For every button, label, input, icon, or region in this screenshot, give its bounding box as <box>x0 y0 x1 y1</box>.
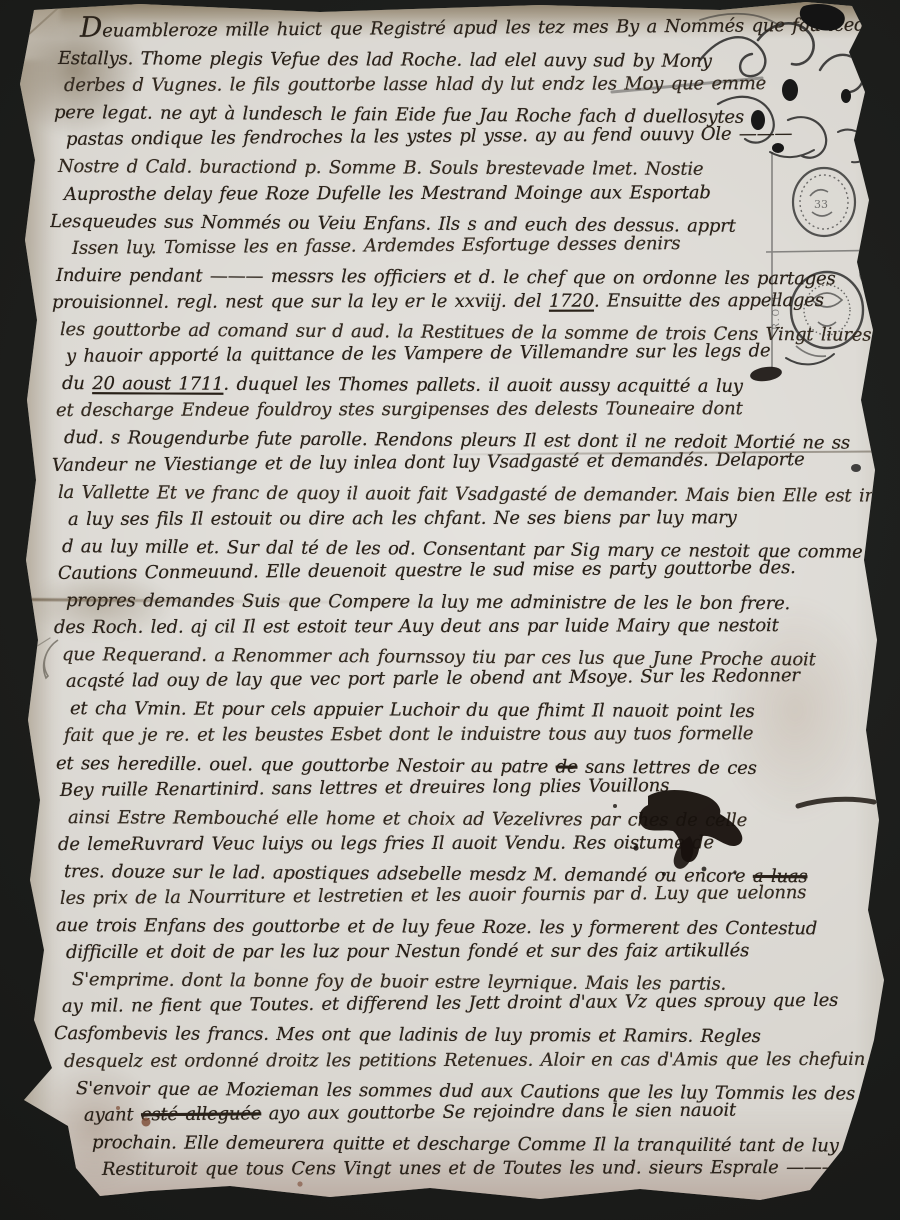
manuscript-line: ay mil. ne fient que Toutes. et differen… <box>50 987 872 1021</box>
manuscript-text-segment: derbes d Vugnes. le fils gouttorbe lasse… <box>64 73 766 96</box>
manuscript-text-segment: Estallys. Thome plegis Vefue des lad Roc… <box>58 48 712 72</box>
manuscript-text-segment: esté alleguée <box>141 1103 261 1125</box>
manuscript-text-segment: Issen luy. Tomisse les en fasse. Ardemde… <box>72 233 681 259</box>
manuscript-text-segment: de lemeRuvrard Veuc luiys ou legs fries … <box>58 832 714 855</box>
manuscript-line: a luy ses fils Il estouit ou dire ach le… <box>50 504 872 533</box>
manuscript-text-segment: ay mil. ne fient que Toutes. et differen… <box>62 990 838 1017</box>
handwritten-text: Deuambleroze mille huict que Registré ap… <box>50 14 872 1204</box>
manuscript-text-segment: du <box>62 373 92 394</box>
manuscript-text-segment: des Roch. led. aj cil Il est estoit teur… <box>54 615 779 638</box>
manuscript-line: Deuambleroze mille huict que Registré ap… <box>50 14 872 45</box>
manuscript-text-segment: y hauoir apporté la quittance de les Vam… <box>66 340 771 367</box>
age-stain-left-edge <box>6 60 52 1190</box>
manuscript-line: de lemeRuvrard Veuc luiys ou legs fries … <box>50 829 872 858</box>
manuscript-text-segment: ainsi Estre Rembouché elle home et choix… <box>68 807 747 831</box>
manuscript-line: Auprosthe delay feue Roze Dufelle les Me… <box>50 178 872 207</box>
manuscript-line: Cautions Conmeuund. Elle deuenoit questr… <box>50 553 872 587</box>
manuscript-text-segment: aue trois Enfans des gouttorbe et de luy… <box>56 915 817 939</box>
manuscript-line: Restituroit que tous Cens Vingt unes et … <box>50 1154 872 1183</box>
manuscript-line: prouisionnel. regl. nest que sur la ley … <box>50 287 872 316</box>
manuscript-text-segment: Induire pendant ——— messrs les officiers… <box>56 265 836 289</box>
manuscript-text-segment: Nostre d Cald. buractiond p. Somme B. So… <box>58 157 704 181</box>
manuscript-text-segment: Auprosthe delay feue Roze Dufelle les Me… <box>64 182 711 205</box>
manuscript-line: pastas ondique les fendroches la les yst… <box>50 120 872 154</box>
manuscript-text-segment: Vandeur ne Viestiange et de luy inlea do… <box>52 449 805 476</box>
manuscript-text-segment: 1720 <box>549 291 594 312</box>
manuscript-text-segment: et descharge Endeue fouldroy stes surgip… <box>56 398 743 421</box>
photo-of-manuscript: { "scene": { "background_color": "#1a1b1… <box>0 0 900 1220</box>
manuscript-line: ayant esté alleguée ayo aux gouttorbe Se… <box>50 1095 872 1129</box>
manuscript-text-segment: desquelz est ordonné droitz les petition… <box>64 1048 865 1071</box>
manuscript-text-segment: 20 aoust 1711 <box>92 373 223 395</box>
manuscript-line: fait que je re. et les beustes Esbet don… <box>50 720 872 749</box>
manuscript-text-segment: D <box>80 14 103 44</box>
manuscript-line: desquelz est ordonné droitz les petition… <box>50 1045 872 1074</box>
manuscript-text-segment: les prix de la Nourriture et lestretien … <box>60 882 806 909</box>
manuscript-text-segment: difficille et doit de par les luz pour N… <box>66 940 749 963</box>
manuscript-text-segment: ayo aux gouttorbe Se rejoindre dans le s… <box>261 1099 736 1124</box>
manuscript-line: les prix de la Nourriture et lestretien … <box>50 879 872 913</box>
manuscript-text-segment: Restituroit que tous Cens Vingt unes et … <box>102 1157 840 1180</box>
manuscript-text-segment: et cha Vmin. Et pour cels appuier Luchoi… <box>70 698 755 722</box>
manuscript-line: et descharge Endeue fouldroy stes surgip… <box>50 395 872 424</box>
manuscript-text-segment: . Ensuitte des appellages <box>594 290 824 312</box>
manuscript-text-segment: acqsté lad ouy de lay que vec port parle… <box>66 665 800 692</box>
manuscript-text-segment: la Vallette Et ve franc de quoy il auoit… <box>58 482 872 507</box>
manuscript-text-segment: fait que je re. et les beustes Esbet don… <box>64 724 753 747</box>
manuscript-text-segment: propres demandes Suis que Compere la luy… <box>66 590 790 614</box>
manuscript-line: Issen luy. Tomisse les en fasse. Ardemde… <box>50 228 872 262</box>
manuscript-text-segment: a luy ses fils Il estouit ou dire ach le… <box>68 507 737 530</box>
manuscript-line: Vandeur ne Viestiange et de luy inlea do… <box>50 445 872 479</box>
manuscript-text-segment: Casfombevis les francs. Mes ont que ladi… <box>54 1023 761 1047</box>
manuscript-page: 33 R.OIT Deuambleroze mille huict que Re… <box>0 0 900 1220</box>
manuscript-line: acqsté lad ouy de lay que vec port parle… <box>50 662 872 696</box>
manuscript-text-segment: euambleroze mille huict que Registré apu… <box>102 15 865 42</box>
manuscript-text-segment: ayant <box>84 1104 141 1125</box>
manuscript-text-segment: prochain. Elle demeurera quitte et desch… <box>92 1132 839 1156</box>
manuscript-line: des Roch. led. aj cil Il est estoit teur… <box>50 612 872 641</box>
manuscript-line: derbes d Vugnes. le fils gouttorbe lasse… <box>50 70 872 99</box>
manuscript-line: difficille et doit de par les luz pour N… <box>50 937 872 966</box>
manuscript-text-segment: pastas ondique les fendroches la les yst… <box>66 124 792 151</box>
manuscript-line: Bey ruille Renartinird. sans lettres et … <box>50 770 872 804</box>
manuscript-text-segment: prouisionnel. regl. nest que sur la ley … <box>52 291 549 313</box>
manuscript-line: y hauoir apporté la quittance de les Vam… <box>50 337 872 371</box>
manuscript-text-segment: Cautions Conmeuund. Elle deuenoit questr… <box>58 557 796 584</box>
manuscript-text-segment: . duquel les Thomes pallets. il auoit au… <box>223 374 742 397</box>
manuscript-text-segment: Bey ruille Renartinird. sans lettres et … <box>60 775 669 801</box>
